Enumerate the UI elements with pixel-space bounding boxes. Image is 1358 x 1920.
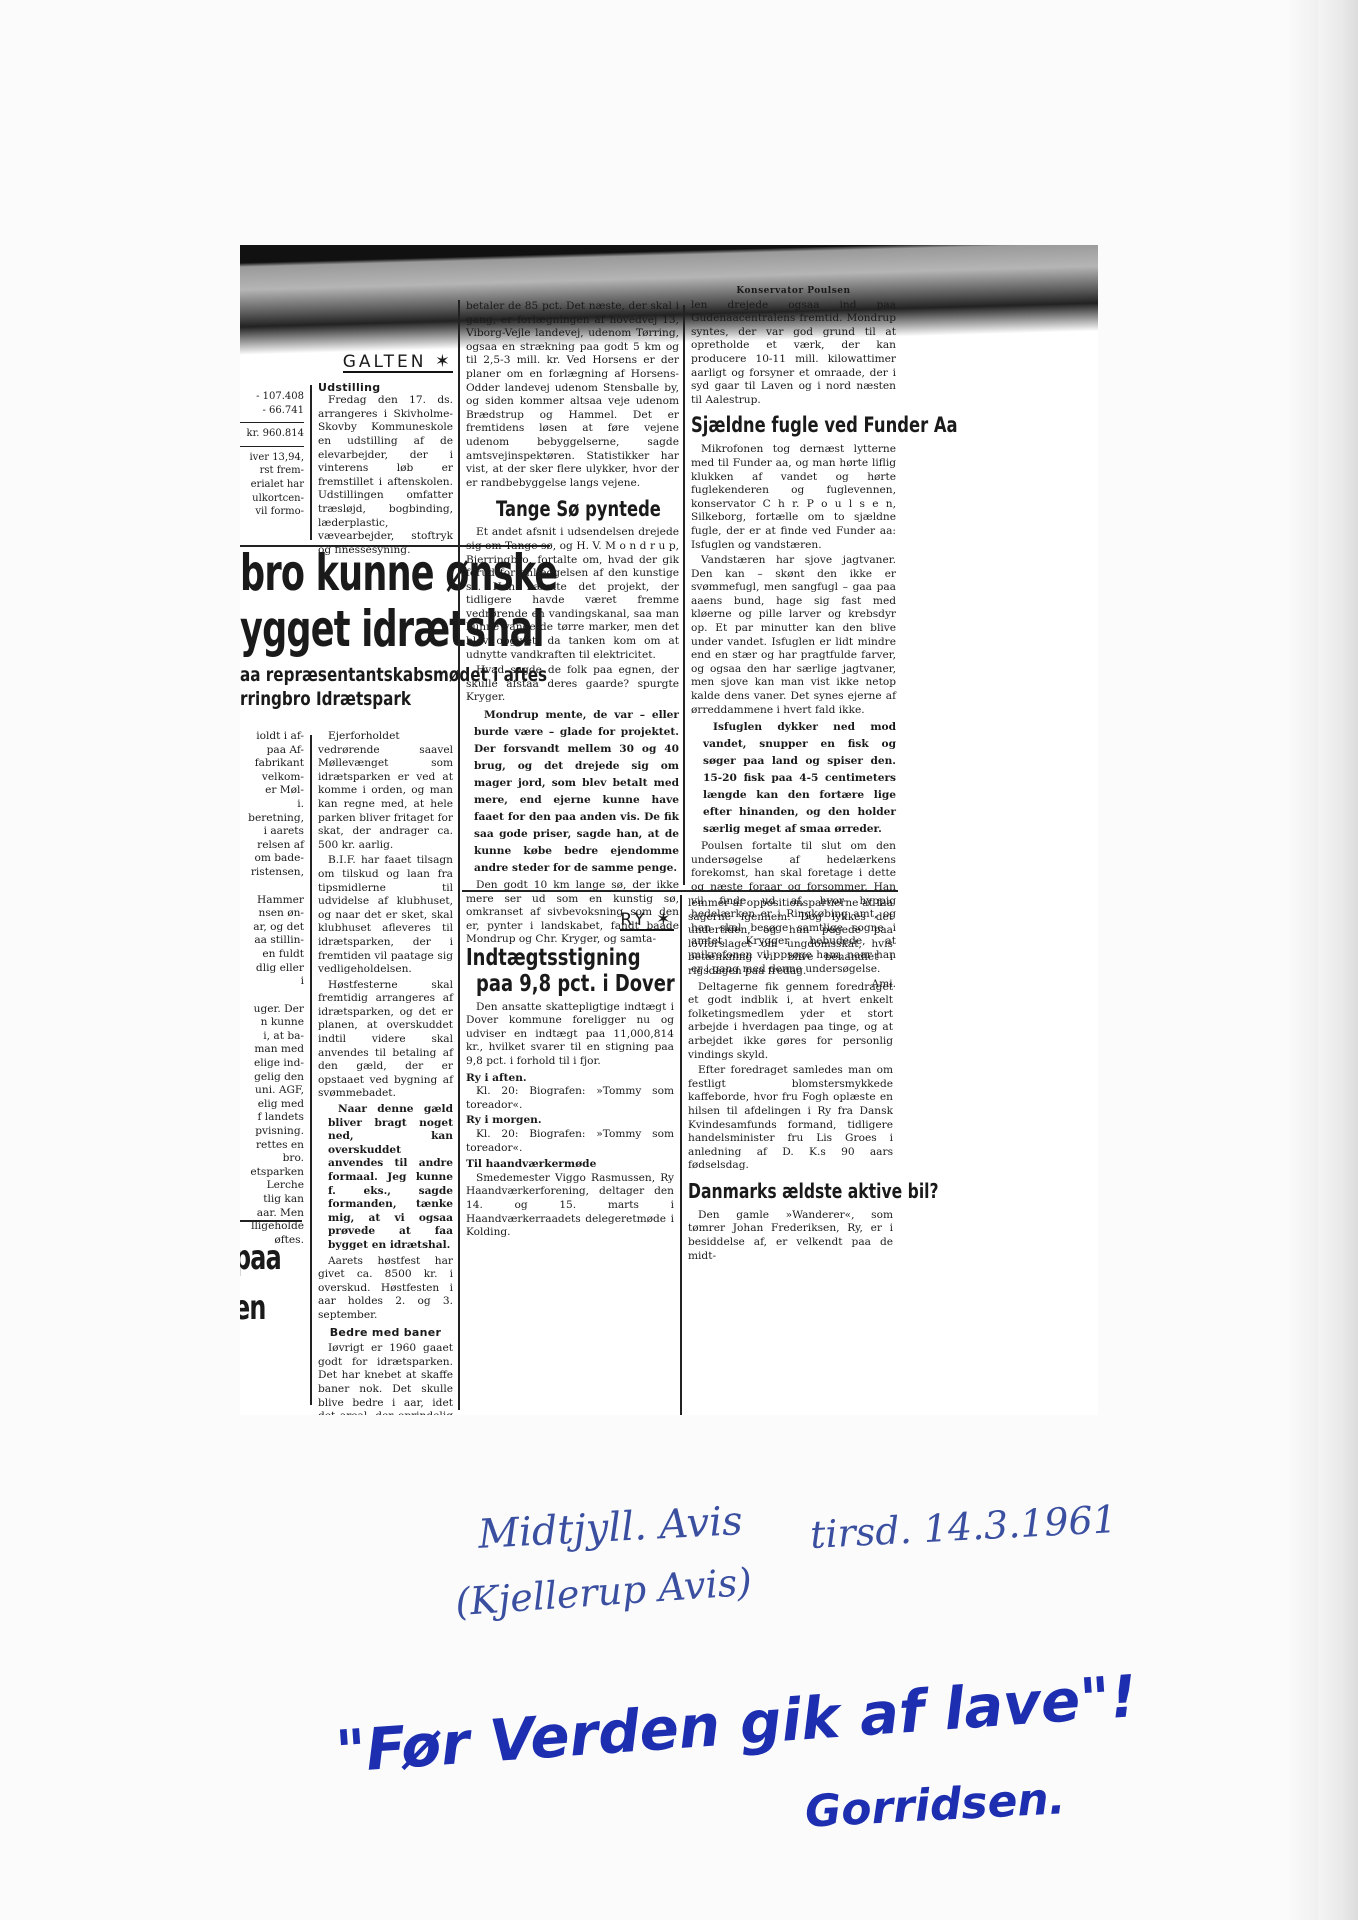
funder-headline: Sjældne fugle ved Funder Aa <box>691 412 851 438</box>
fragment: bro. <box>240 1152 304 1166</box>
fragment: elige ind- <box>240 1057 304 1071</box>
paragraph: Mikrofonen tog dernæst lytterne med til … <box>691 443 896 552</box>
ry-headline: paa 9,8 pct. i Dover <box>476 971 630 997</box>
tange-headline: Tange Sø pyntede <box>496 496 639 522</box>
fragment: erialet har <box>240 478 304 492</box>
fragment: velkom- <box>240 771 304 785</box>
fragment: paa Af- <box>240 744 304 758</box>
paragraph: Den gamle »Wanderer«, som tømrer Johan F… <box>688 1209 893 1263</box>
newspaper-clipping: - 107.408 - 66.741 kr. 960.814 iver 13,9… <box>240 245 1098 1415</box>
fragment: uni. AGF, <box>240 1084 304 1098</box>
fragment: elig med <box>240 1098 304 1112</box>
ry-section: RY ✶ Indtægtsstigning paa 9,8 pct. i Dov… <box>466 905 674 1242</box>
fragment: i aarets <box>240 825 304 839</box>
fragment: ar, og det <box>240 921 304 935</box>
galten-section: GALTEN ✶ Udstilling Fredag den 17. ds. a… <box>318 355 453 559</box>
star-icon: ✶ <box>656 909 674 930</box>
paragraph: Deltagerne fik gennem foredraget et godt… <box>688 981 893 1063</box>
fragment: dlig eller <box>240 962 304 976</box>
left-margin-numbers: - 107.408 - 66.741 kr. 960.814 iver 13,9… <box>240 390 304 519</box>
fragment: en fuldt <box>240 948 304 962</box>
column-rule <box>683 305 685 885</box>
quote-paragraph: Naar denne gæld bliver bragt noget ned, … <box>318 1103 453 1253</box>
number: kr. 960.814 <box>240 422 304 441</box>
fragment: rettes en <box>240 1139 304 1153</box>
fragment: gelig den <box>240 1071 304 1085</box>
fragment: ioldt i af- <box>240 730 304 744</box>
ry-headline: Indtægtsstigning <box>466 945 628 971</box>
paragraph: Et andet afsnit i udsendelsen drejede si… <box>466 526 679 662</box>
paragraph: Ejerforholdet vedrørende saavel Møllevæn… <box>318 730 453 852</box>
fragment: tlig kan <box>240 1193 304 1207</box>
galten-tag: GALTEN ✶ <box>343 355 453 373</box>
handwritten-title: "Før Verden gik af lave"! <box>334 1662 1139 1786</box>
paragraph: betaler de 85 pct. Det næste, der skal i… <box>466 300 679 490</box>
fragment-rule <box>240 1220 302 1222</box>
fragment: aa stillin- <box>240 934 304 948</box>
cut-column-fragments: ioldt i af-paa Af-fabrikantvelkom-er Møl… <box>240 730 304 1247</box>
fragment: vil formo- <box>240 505 304 519</box>
paragraph: Vandstæren har sjove jagtvaner. Den kan … <box>691 554 896 717</box>
fragment: nsen øn- <box>240 907 304 921</box>
event-text: Kl. 20: Biografen: »Tommy som toreador«. <box>466 1128 674 1155</box>
paragraph: B.I.F. har faaet tilsagn om tilskud og l… <box>318 854 453 976</box>
column-rule <box>310 735 312 1405</box>
fragment: ulkortcen- <box>240 492 304 506</box>
column-rule <box>680 895 682 1415</box>
event-text: Kl. 20: Biografen: »Tommy som toreador«. <box>466 1085 674 1112</box>
handwritten-alt-source: (Kjellerup Avis) <box>454 1560 754 1625</box>
konservator-article: Konservator Poulsen len drejede ogsaa in… <box>691 285 896 992</box>
paragraph: Hvad sagde de folk paa egnen, der skulle… <box>466 664 679 705</box>
fragment: iver 13,94, <box>240 451 304 465</box>
fragment: pvisning. <box>240 1125 304 1139</box>
column-rule <box>310 385 312 540</box>
page-edge-shadow <box>1288 0 1318 1920</box>
handwritten-source: Midtjyll. Avis <box>477 1498 744 1558</box>
fragment: i, at ba- <box>240 1030 304 1044</box>
fragment: om bade- <box>240 852 304 866</box>
main-headline: ygget idrætshal <box>240 601 490 657</box>
fragment: uger. Der <box>240 1003 304 1017</box>
number: - 66.741 <box>240 404 304 418</box>
fragment: aar. Men <box>240 1207 304 1221</box>
fragment: fabrikant <box>240 757 304 771</box>
fragment: i. <box>240 798 304 812</box>
fragment: er Møl- <box>240 784 304 798</box>
star-icon: ✶ <box>435 351 453 372</box>
paragraph: Aarets høstfest har givet ca. 8500 kr. i… <box>318 1255 453 1323</box>
paragraph: Iøvrigt er 1960 gaaet godt for idrætspar… <box>318 1342 453 1415</box>
fragment: beretning, <box>240 812 304 826</box>
fragment: etsparken <box>240 1166 304 1180</box>
paragraph: len drejede ogsaa ind paa Gudenaacentral… <box>691 299 896 408</box>
car-headline: Danmarks ældste aktive bil? <box>688 1178 848 1204</box>
fragment: relsen af <box>240 839 304 853</box>
event-title: Ry i aften. <box>466 1072 674 1086</box>
margin-fragments: iver 13,94, rst frem- erialet har ulkort… <box>240 446 304 519</box>
fragment: Hammer <box>240 894 304 908</box>
paragraph: Smedemester Viggo Rasmussen, Ry Haandvær… <box>466 1172 674 1240</box>
subhead: Til haandværkermøde <box>466 1158 674 1172</box>
number: - 107.408 <box>240 390 304 404</box>
galten-body: Fredag den 17. ds. arrangeres i Skivholm… <box>318 394 453 557</box>
quote-paragraph: Isfuglen dykker ned mod vandet, snupper … <box>691 719 896 838</box>
handwritten-date: tirsd. 14.3.1961 <box>809 1497 1118 1557</box>
fragment: man med <box>240 1043 304 1057</box>
paragraph: lemmer af oppositionspartierne at faa sa… <box>688 897 893 979</box>
fragment: n kunne <box>240 1016 304 1030</box>
main-headline: bro kunne ønske <box>240 545 490 601</box>
event-title: Ry i morgen. <box>466 1114 674 1128</box>
fragment: i <box>240 975 304 989</box>
galten-subhead: Udstilling <box>318 381 453 395</box>
fragment: Lerche <box>240 1179 304 1193</box>
fragment: ristensen, <box>240 866 304 880</box>
fragment: rst frem- <box>240 464 304 478</box>
paragraph: Høstfesterne skal fremtidig arrangeres a… <box>318 979 453 1101</box>
section-rule <box>462 890 898 892</box>
subhead: Bedre med baner <box>318 1326 453 1340</box>
ry-tag: RY ✶ <box>620 913 674 931</box>
page-edge <box>1318 0 1358 1920</box>
paragraph: Den ansatte skattepligtige indtægt i Dov… <box>466 1001 674 1069</box>
road-article: betaler de 85 pct. Det næste, der skal i… <box>466 300 679 949</box>
ry-right-column: lemmer af oppositionspartierne at faa sa… <box>688 897 893 1265</box>
main-article-body: Ejerforholdet vedrørende saavel Møllevæn… <box>318 730 453 1415</box>
cut-headline-fragment: en <box>240 1280 266 1336</box>
fragment: f landets <box>240 1111 304 1125</box>
handwritten-author: Gorridsen. <box>804 1773 1067 1838</box>
paragraph: Efter foredraget samledes man om festlig… <box>688 1064 893 1173</box>
quote-paragraph: Mondrup mente, de var – eller burde være… <box>466 707 679 877</box>
column-rule <box>458 300 460 1410</box>
kicker: Konservator Poulsen <box>691 285 896 299</box>
cut-headline-fragment: paa <box>240 1230 281 1286</box>
